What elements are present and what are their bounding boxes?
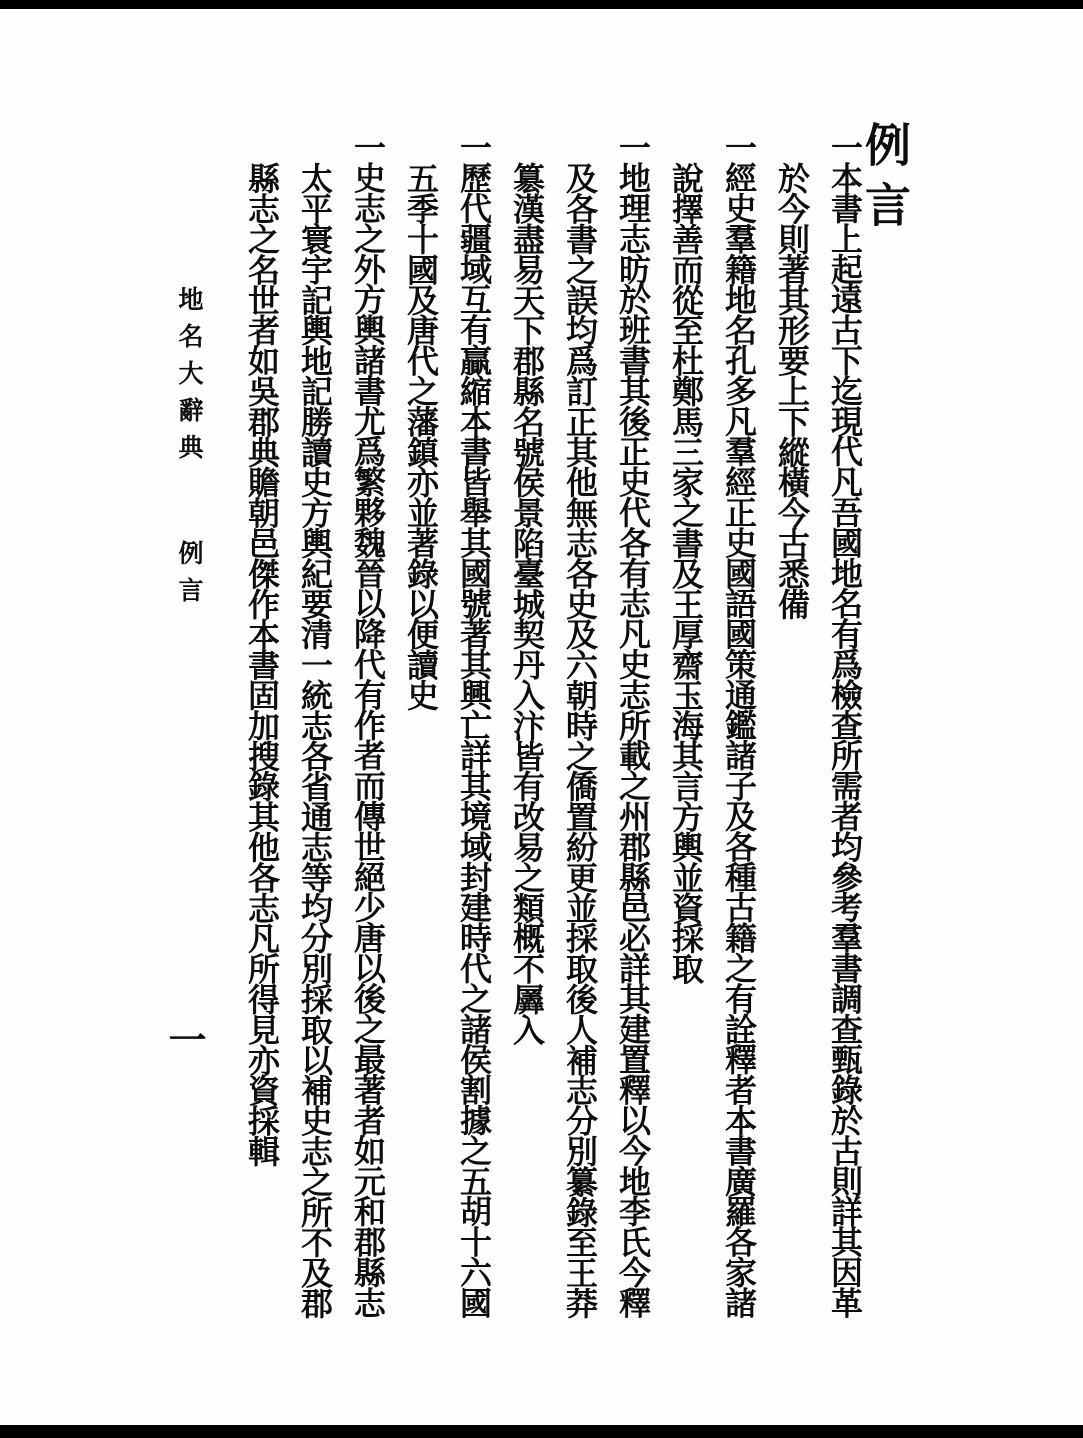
text-column-item2-1: 一經史羣籍地名孔多凡羣經正史國語國策通鑑諸子及各種古籍之有詮釋者本書廣羅各家諸 — [712, 131, 765, 1386]
text-column-item5-3: 縣志之名世者如吳郡典贍朝邑傑作本書固加搜錄其他各志凡所得見亦資採輯 — [235, 131, 288, 1386]
text-column-item5-2: 太平寰宇記輿地記勝讀史方輿紀要清一統志各省通志等均分別採取以補史志之所不及郡 — [288, 131, 341, 1386]
section-label: 例言 — [175, 540, 202, 614]
scan-edge-top — [0, 0, 1083, 9]
text-column-item3-3: 簒漢盡易天下郡縣名號侯景陷臺城契丹入汴皆有改易之類概不羼入 — [500, 131, 553, 1386]
book-title: 地名大辭典 — [175, 286, 202, 471]
text-column-item2-2: 說擇善而從至杜鄭馬三家之書及王厚齋玉海其言方輿並資採取 — [659, 131, 712, 1386]
text-column-item1-2: 於今則著其形要上下縱橫今古悉備 — [765, 131, 818, 1386]
text-column-item4-2: 五季十國及唐代之藩鎮亦並著錄以便讀史 — [394, 131, 447, 1386]
scan-edge-bottom — [0, 1425, 1083, 1438]
text-column-item3-2: 及各書之誤均爲訂正其他無志各史及六朝時之僑置紛更並採取後人補志分別纂錄至王莽 — [553, 131, 606, 1386]
text-column-item1-1: 一本書上起遠古下迄現代凡吾國地名有爲檢查所需者均參考羣書調查甄錄於古則詳其因革 — [818, 131, 871, 1386]
main-text: 一本書上起遠古下迄現代凡吾國地名有爲檢查所需者均參考羣書調查甄錄於古則詳其因革 … — [235, 131, 871, 1386]
text-column-item3-1: 一地理志昉於班書其後正史代各有志凡史志所載之州郡縣邑必詳其建置釋以今地李氏今釋 — [606, 131, 659, 1386]
text-column-item4-1: 一歷代疆域互有贏縮本書皆舉其國號著其興亡詳其境域封建時代之諸侯割據之五胡十六國 — [447, 131, 500, 1386]
page-number: 一 — [156, 1020, 211, 1058]
scanned-book-page: 例言 一本書上起遠古下迄現代凡吾國地名有爲檢查所需者均參考羣書調查甄錄於古則詳其… — [0, 0, 1083, 1438]
running-title: 地名大辭典 例言 — [172, 286, 204, 614]
text-column-item5-1: 一史志之外方輿諸書尤爲繁夥魏晉以降代有作者而傳世絕少唐以後之最著者如元和郡縣志 — [341, 131, 394, 1386]
